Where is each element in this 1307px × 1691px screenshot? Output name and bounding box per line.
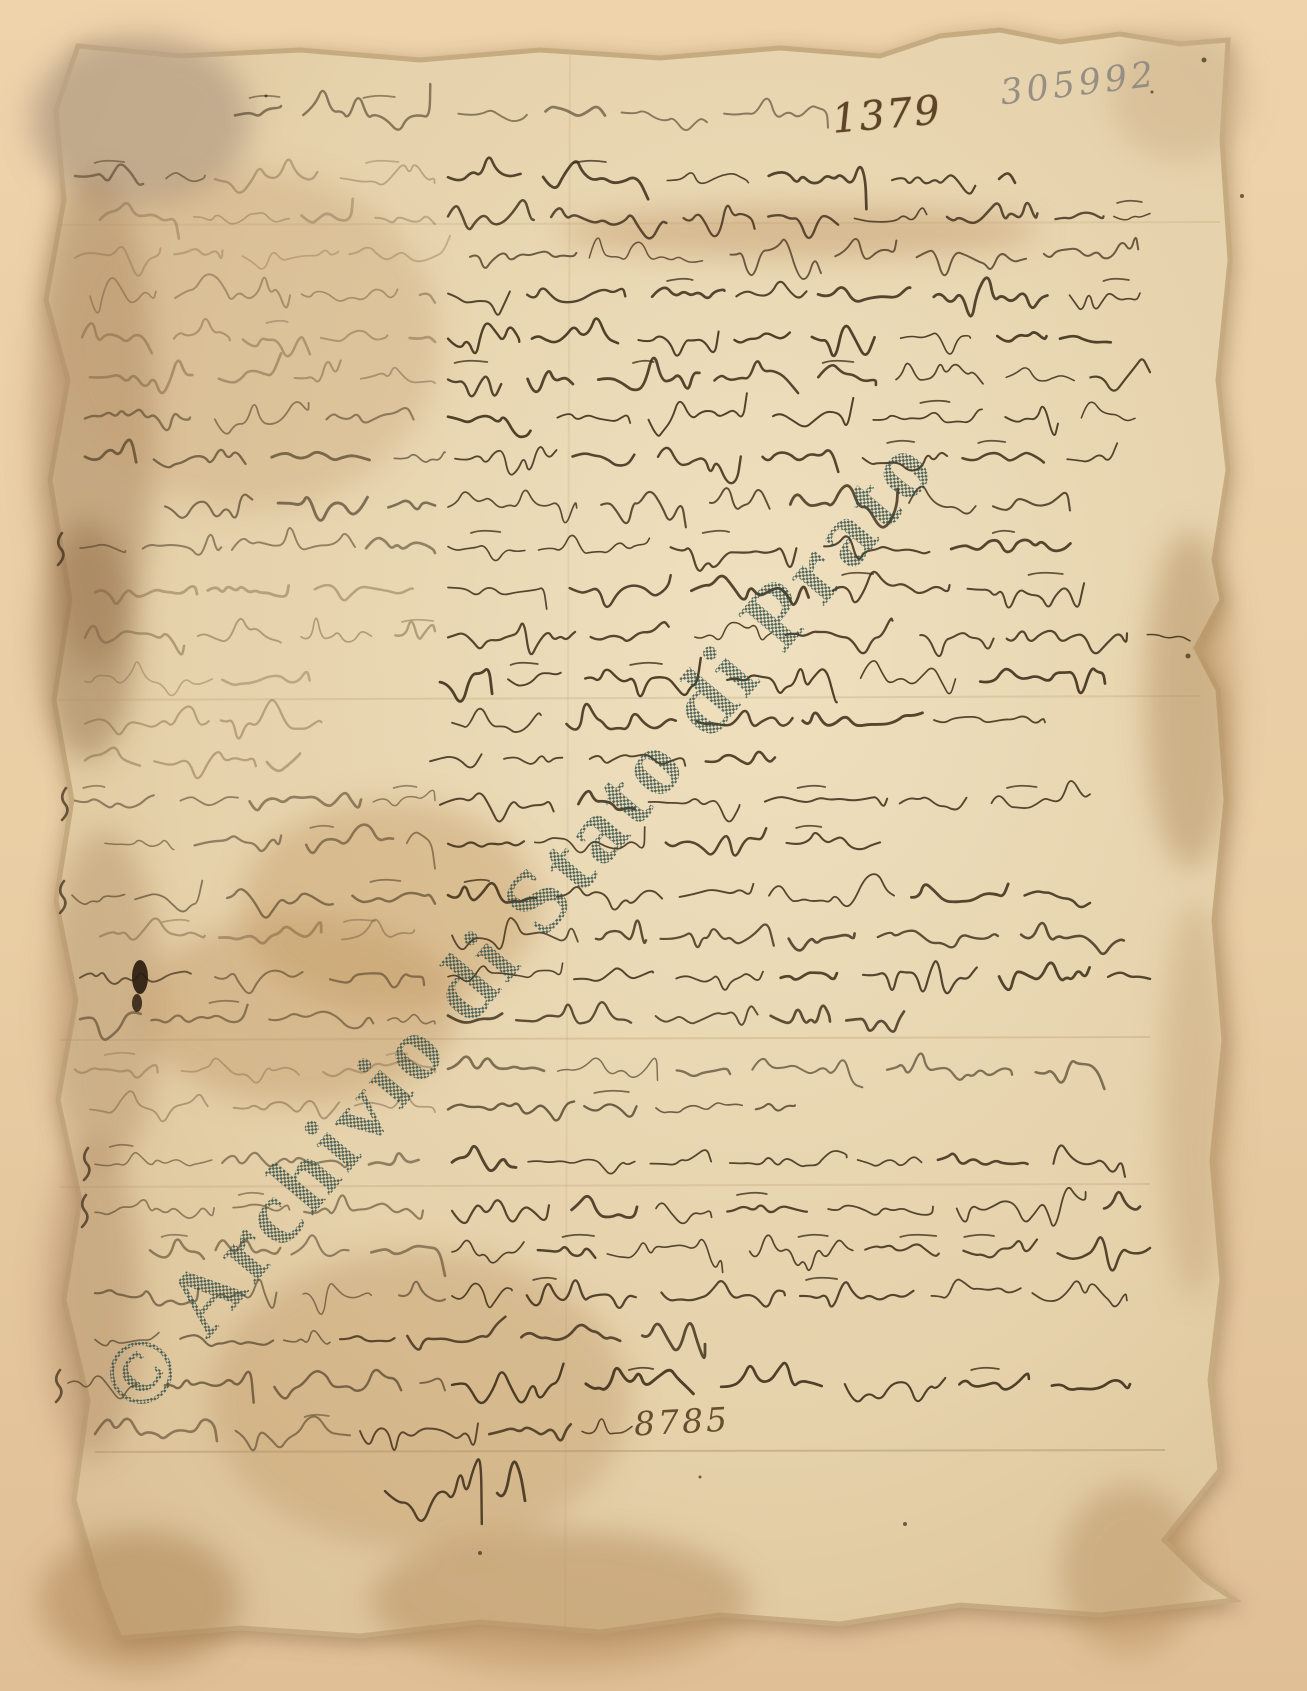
stain bbox=[44, 1140, 140, 1460]
ink-speck bbox=[478, 1551, 482, 1555]
ink-speck bbox=[1151, 91, 1154, 94]
stain bbox=[1060, 1485, 1200, 1655]
stain bbox=[40, 1530, 240, 1670]
ink-blot bbox=[132, 960, 148, 994]
paper-sheet-canvas bbox=[0, 0, 1307, 1691]
stain bbox=[370, 1530, 750, 1670]
stain bbox=[1160, 900, 1230, 1300]
ink-speck bbox=[1202, 58, 1207, 63]
stain bbox=[1110, 30, 1250, 160]
ink-speck bbox=[903, 1522, 907, 1526]
ink-speck bbox=[1186, 654, 1191, 659]
stain bbox=[60, 170, 440, 510]
ink-speck bbox=[699, 1476, 702, 1479]
stain bbox=[1145, 530, 1235, 870]
margin-mark bbox=[62, 788, 67, 820]
ink-blot bbox=[132, 994, 142, 1012]
stain bbox=[40, 520, 136, 760]
stain bbox=[140, 915, 460, 1105]
ink-speck bbox=[265, 95, 268, 98]
stain bbox=[560, 206, 1040, 258]
ink-speck bbox=[1240, 194, 1244, 198]
scanned-letter-page: 305992 1379 8785 ©Archivio di Stato di P… bbox=[0, 0, 1307, 1691]
